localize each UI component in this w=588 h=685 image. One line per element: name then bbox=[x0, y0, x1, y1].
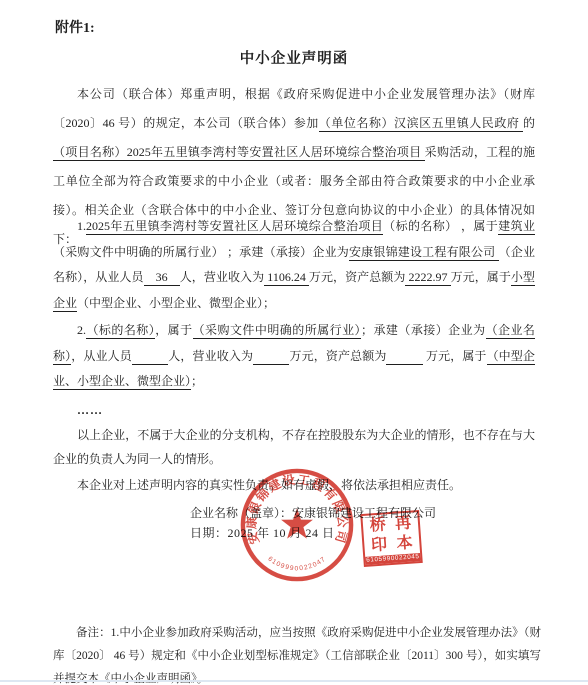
underlined-text-segment: （标的名称） bbox=[86, 323, 155, 339]
text-segment: ； bbox=[191, 374, 203, 388]
text-segment: 的 bbox=[523, 116, 535, 130]
item-1-paragraph: 1.2025年五里镇李湾村等安置社区人居环境综合整治项目（标的名称） ，属于建筑… bbox=[53, 214, 535, 316]
underlined-text-segment: （项目名称）2025年五里镇李湾村等安置社区人居环境综合整治项目 bbox=[53, 145, 425, 161]
underlined-text-segment bbox=[386, 349, 422, 365]
text-segment: 人，营业收入为 bbox=[168, 349, 253, 363]
page-bottom-divider bbox=[0, 680, 588, 682]
document-title: 中小企业声明函 bbox=[0, 47, 588, 68]
underlined-text-segment: 36 bbox=[144, 270, 180, 286]
seal-star-icon bbox=[281, 508, 313, 538]
text-segment: 万元，资产总额为 bbox=[309, 270, 406, 284]
reprint-seal-char-tl: 桥 bbox=[369, 517, 386, 534]
text-segment: 人，营业收入为 bbox=[180, 270, 264, 284]
underlined-text-segment: （单位名称）汉滨区五里镇人民政府 bbox=[319, 116, 523, 132]
text-segment: 2. bbox=[77, 323, 86, 337]
underlined-text-segment: 2222.97 bbox=[405, 270, 450, 286]
text-segment: ，属于 bbox=[155, 323, 192, 337]
ellipsis-line: …… bbox=[53, 398, 535, 423]
underlined-text-segment: （采购文件中明确的所属行业） bbox=[193, 323, 361, 339]
text-segment: 万元，资产总额为 bbox=[289, 349, 386, 363]
item-2-paragraph: 2.（标的名称），属于（采购文件中明确的所属行业）；承建（承接）企业为（企业名称… bbox=[53, 318, 535, 395]
reprint-seal-char-tr: 再 bbox=[395, 516, 412, 533]
company-seal-stamp: 安康银锦建设工程有限公司 6109990022047 bbox=[238, 466, 356, 584]
text-segment: （标的名称） ，属于 bbox=[383, 219, 498, 233]
underlined-text-segment: 安康银锦建设工程有限公司 bbox=[349, 245, 499, 261]
no-large-enterprise-paragraph: 以上企业，不属于大企业的分支机构，不存在控股股东为大企业的情形，也不存在与大企业… bbox=[53, 424, 535, 471]
text-segment: （采购文件中明确的所属行业） ；承建（承接）企业为 bbox=[53, 245, 349, 259]
svg-text:6109990022047: 6109990022047 bbox=[266, 556, 327, 573]
underlined-text-segment bbox=[132, 349, 168, 365]
text-segment: 1. bbox=[77, 219, 86, 233]
underlined-text-segment: 1106.24 bbox=[264, 270, 309, 286]
reprint-seal-stamp: 桥 再 印 本 6105990022045 bbox=[360, 510, 423, 567]
reprint-seal-char-br: 本 bbox=[396, 536, 413, 553]
sme-declaration-document: 附件1: 中小企业声明函 本公司（联合体）郑重声明，根据《政府采购促进中小企业发… bbox=[0, 0, 588, 685]
text-segment: ，从业人员 bbox=[71, 349, 132, 363]
underlined-text-segment: 建筑业 bbox=[498, 219, 535, 235]
text-segment: 万元，属于 bbox=[423, 349, 487, 363]
text-segment: 万元，属于 bbox=[451, 270, 511, 284]
text-segment: （中型企业、小型企业、微型企业）； bbox=[77, 296, 275, 310]
text-segment: ；承建（承接）企业为 bbox=[361, 323, 486, 337]
reprint-seal-characters: 桥 再 印 本 bbox=[362, 512, 420, 557]
seal-number-arc-text: 6109990022047 bbox=[266, 556, 327, 573]
underlined-text-segment bbox=[253, 349, 289, 365]
underlined-text-segment: 2025年五里镇李湾村等安置社区人居环境综合整治项目 bbox=[86, 219, 383, 235]
attachment-label: 附件1: bbox=[55, 17, 95, 37]
reprint-seal-char-bl: 印 bbox=[371, 537, 388, 554]
notes-paragraph: 备注：1.中小企业参加政府采购活动，应当按照《政府采购促进中小企业发展管理办法》… bbox=[53, 622, 541, 685]
